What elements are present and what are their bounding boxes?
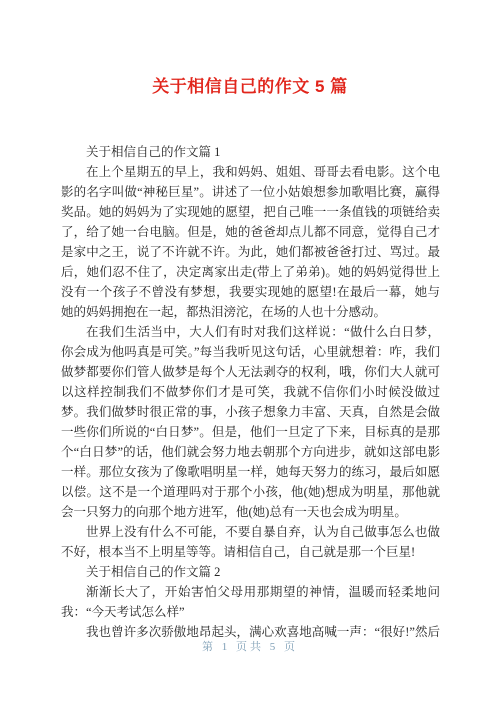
- document-title: 关于相信自己的作文 5 篇: [0, 0, 500, 97]
- document-page: 关于相信自己的作文 5 篇 关于相信自己的作文篇 1 在上个星期五的早上，我和妈…: [0, 0, 500, 707]
- paragraph: 渐渐长大了，开始害怕父母用那期望的神情，温暖而轻柔地问我：“今天考试怎么样”: [61, 582, 440, 622]
- paragraph: 世界上没有什么不可能，不要自暴自弃，认为自己做事怎么也做不好，根本当不上明星等等…: [61, 522, 440, 562]
- section-heading-essay-1: 关于相信自己的作文篇 1: [61, 142, 440, 162]
- paragraph: 在我们生活当中，大人们有时对我们这样说：“做什么白日梦，你会成为他吗真是可笑。”…: [61, 322, 440, 522]
- page-footer: 第 1 页共 5 页: [0, 638, 500, 654]
- section-heading-essay-2: 关于相信自己的作文篇 2: [61, 562, 440, 582]
- page-number-text: 第 1 页共 5 页: [202, 641, 298, 653]
- document-body: 关于相信自己的作文篇 1 在上个星期五的早上，我和妈妈、姐姐、哥哥去看电影。这个…: [61, 142, 440, 644]
- paragraph: 在上个星期五的早上，我和妈妈、姐姐、哥哥去看电影。这个电影的名字叫做“神秘巨星”…: [61, 162, 440, 322]
